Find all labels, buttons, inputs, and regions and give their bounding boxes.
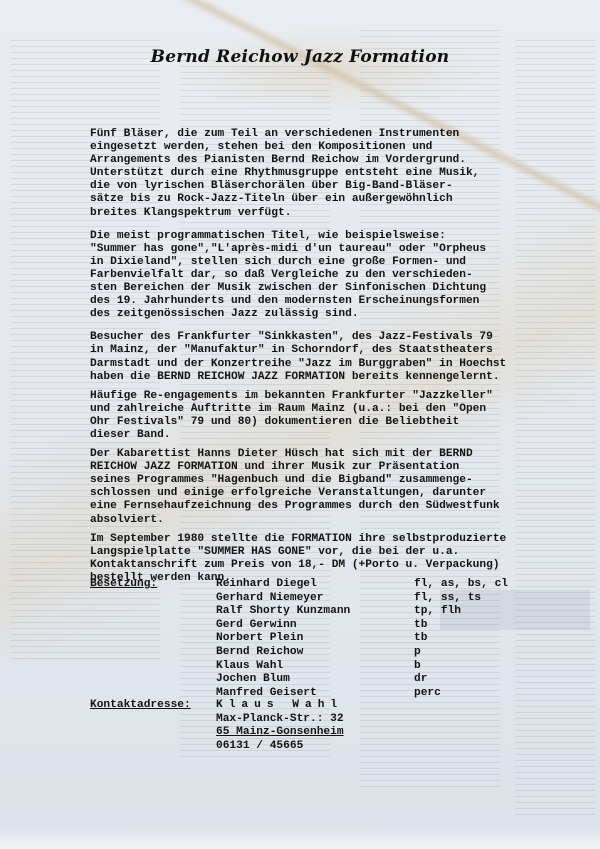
- member-instruments: b: [414, 660, 534, 674]
- member-name: Gerd Gerwinn: [216, 619, 414, 633]
- lineup-section: Besetzung: Reinhard Diegel fl, as, bs, c…: [90, 578, 570, 700]
- lineup-row: Besetzung: Reinhard Diegel fl, as, bs, c…: [90, 578, 570, 592]
- lineup-row: Klaus Wahl b: [90, 660, 570, 674]
- member-instruments: tb: [414, 632, 534, 646]
- paragraph-engagements: Häufige Re-engagements im bekannten Fran…: [90, 390, 570, 442]
- lineup-row: Gerd Gerwinn tb: [90, 619, 570, 633]
- member-name: Reinhard Diegel: [216, 578, 414, 592]
- member-name: Gerhard Niemeyer: [216, 592, 414, 606]
- lineup-row: Norbert Plein tb: [90, 632, 570, 646]
- paragraph-intro: Fünf Bläser, die zum Teil an verschieden…: [90, 128, 570, 220]
- lineup-row: Bernd Reichow p: [90, 646, 570, 660]
- lineup-row: Gerhard Niemeyer fl, ss, ts: [90, 592, 570, 606]
- paragraph-huesch: Der Kabarettist Hanns Dieter Hüsch hat s…: [90, 448, 570, 527]
- document-title: Bernd Reichow Jazz Formation: [0, 47, 600, 67]
- body-text: Fünf Bläser, die zum Teil an verschieden…: [90, 128, 570, 595]
- lineup-row: Jochen Blum dr: [90, 673, 570, 687]
- member-instruments: dr: [414, 673, 534, 687]
- member-instruments: fl, ss, ts: [414, 592, 534, 606]
- member-name: Ralf Shorty Kunzmann: [216, 605, 414, 619]
- contact-street: Max-Planck-Str.: 32: [216, 713, 344, 727]
- member-instruments: tp, flh: [414, 605, 534, 619]
- member-name: Klaus Wahl: [216, 660, 414, 674]
- member-name: Jochen Blum: [216, 673, 414, 687]
- contact-name: Klaus Wahl: [216, 699, 343, 713]
- lineup-label: Besetzung:: [90, 578, 216, 592]
- member-instruments: fl, as, bs, cl: [414, 578, 534, 592]
- document-page: Bernd Reichow Jazz Formation Fünf Bläser…: [0, 0, 600, 849]
- paragraph-titles: Die meist programmatischen Titel, wie be…: [90, 230, 570, 322]
- paragraph-venues: Besucher des Frankfurter "Sinkkasten", d…: [90, 331, 570, 383]
- paper-edge: [0, 827, 600, 849]
- member-name: Bernd Reichow: [216, 646, 414, 660]
- contact-city: 65 Mainz-Gonsenheim: [216, 726, 344, 740]
- lineup-row: Ralf Shorty Kunzmann tp, flh: [90, 605, 570, 619]
- contact-phone: 06131 / 45665: [216, 740, 303, 754]
- member-instruments: perc: [414, 687, 534, 701]
- contact-label: Kontaktadresse:: [90, 699, 216, 713]
- contact-section: Kontaktadresse: Klaus Wahl Max-Planck-St…: [90, 699, 344, 753]
- member-instruments: tb: [414, 619, 534, 633]
- member-instruments: p: [414, 646, 534, 660]
- member-name: Norbert Plein: [216, 632, 414, 646]
